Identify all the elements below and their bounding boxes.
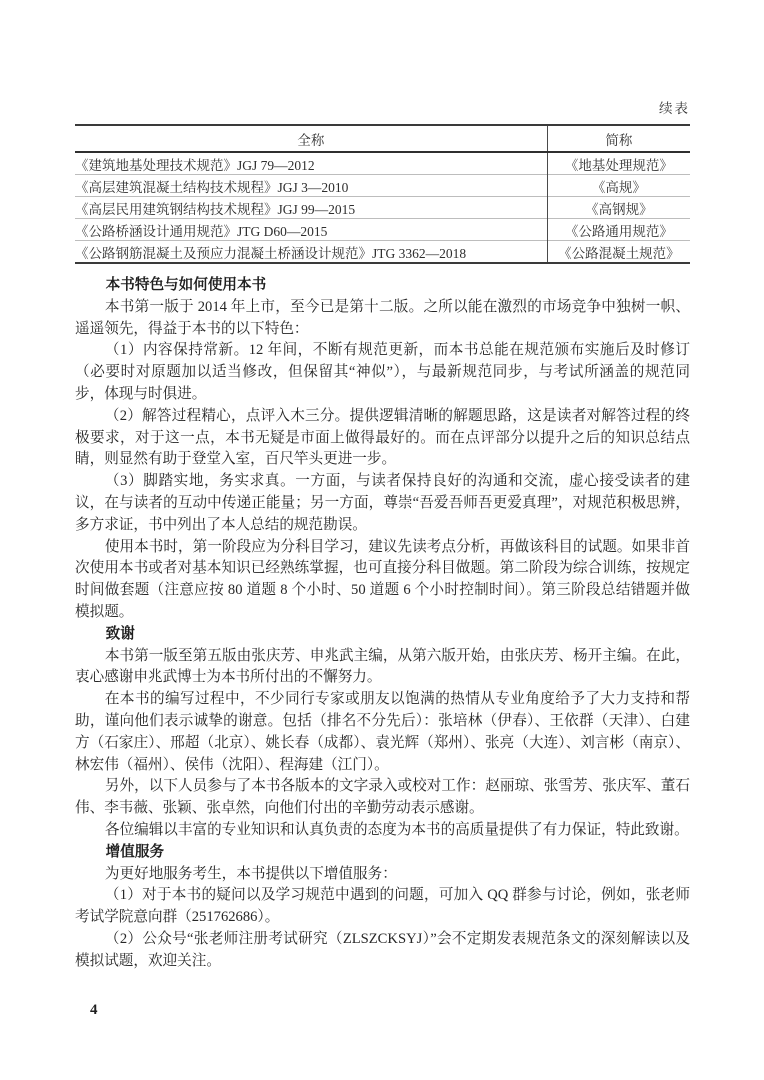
paragraph: （1）内容保持常新。12 年间，不断有规范更新，而本书总能在规范颁布实施后及时修… (75, 340, 690, 405)
abbreviation-cell: 《公路混凝土规范》 (547, 241, 690, 264)
paragraph: 本书第一版于 2014 年上市，至今已是第十二版。之所以能在激烈的市场竞争中独树… (75, 297, 690, 341)
document-page: 续表 全称 简称 《建筑地基处理技术规范》JGJ 79—2012《地基处理规范》… (0, 0, 764, 1080)
abbreviation-cell: 《高规》 (547, 175, 690, 197)
section-heading: 致谢 (75, 624, 690, 646)
full-name-cell: 《高层建筑混凝土结构技术规程》JGJ 3—2010 (75, 175, 547, 197)
table-row: 《公路桥涵设计通用规范》JTG D60—2015《公路通用规范》 (75, 219, 690, 241)
table-row: 《建筑地基处理技术规范》JGJ 79—2012《地基处理规范》 (75, 152, 690, 175)
abbreviation-table: 全称 简称 《建筑地基处理技术规范》JGJ 79—2012《地基处理规范》《高层… (75, 124, 690, 264)
abbreviation-cell: 《地基处理规范》 (547, 152, 690, 175)
full-name-cell: 《建筑地基处理技术规范》JGJ 79—2012 (75, 152, 547, 175)
paragraph: 为更好地服务考生，本书提供以下增值服务： (75, 864, 690, 886)
table-header-abbreviation: 简称 (547, 125, 690, 152)
section-heading: 本书特色与如何使用本书 (75, 275, 690, 297)
full-name-cell: 《公路桥涵设计通用规范》JTG D60—2015 (75, 219, 547, 241)
table-header-row: 全称 简称 (75, 125, 690, 152)
abbreviation-cell: 《高钢规》 (547, 197, 690, 219)
paragraph: 本书第一版至第五版由张庆芳、申兆武主编，从第六版开始，由张庆芳、杨开主编。在此，… (75, 646, 690, 690)
full-name-cell: 《高层民用建筑钢结构技术规程》JGJ 99—2015 (75, 197, 547, 219)
table-row: 《公路钢筋混凝土及预应力混凝土桥涵设计规范》JTG 3362—2018《公路混凝… (75, 241, 690, 264)
paragraph: （2）解答过程精心，点评入木三分。提供逻辑清晰的解题思路，这是读者对解答过程的终… (75, 406, 690, 471)
paragraph: （1）对于本书的疑问以及学习规范中遇到的问题，可加入 QQ 群参与讨论，例如，张… (75, 885, 690, 929)
full-name-cell: 《公路钢筋混凝土及预应力混凝土桥涵设计规范》JTG 3362—2018 (75, 241, 547, 264)
body-text: 本书特色与如何使用本书本书第一版于 2014 年上市，至今已是第十二版。之所以能… (75, 275, 690, 973)
paragraph: （3）脚踏实地，务实求真。一方面，与读者保持良好的沟通和交流，虚心接受读者的建议… (75, 471, 690, 536)
paragraph: （2）公众号“张老师注册考试研究（ZLSZCKSYJ）”会不定期发表规范条文的深… (75, 929, 690, 973)
paragraph: 各位编辑以丰富的专业知识和认真负责的态度为本书的高质量提供了有力保证，特此致谢。 (75, 820, 690, 842)
continued-table-label: 续表 (75, 97, 690, 117)
paragraph: 在本书的编写过程中，不少同行专家或朋友以饱满的热情从专业角度给予了大力支持和帮助… (75, 689, 690, 776)
abbreviation-cell: 《公路通用规范》 (547, 219, 690, 241)
table-header-full-name: 全称 (75, 125, 547, 152)
table-body: 《建筑地基处理技术规范》JGJ 79—2012《地基处理规范》《高层建筑混凝土结… (75, 152, 690, 263)
page-number: 4 (90, 1002, 98, 1019)
page-content: 续表 全称 简称 《建筑地基处理技术规范》JGJ 79—2012《地基处理规范》… (75, 0, 690, 973)
paragraph: 另外，以下人员参与了本书各版本的文字录入或校对工作：赵丽琼、张雪芳、张庆军、董石… (75, 776, 690, 820)
table-row: 《高层建筑混凝土结构技术规程》JGJ 3—2010《高规》 (75, 175, 690, 197)
section-heading: 增值服务 (75, 842, 690, 864)
paragraph: 使用本书时，第一阶段应为分科目学习，建议先读考点分析，再做该科目的试题。如果非首… (75, 537, 690, 624)
table-row: 《高层民用建筑钢结构技术规程》JGJ 99—2015《高钢规》 (75, 197, 690, 219)
